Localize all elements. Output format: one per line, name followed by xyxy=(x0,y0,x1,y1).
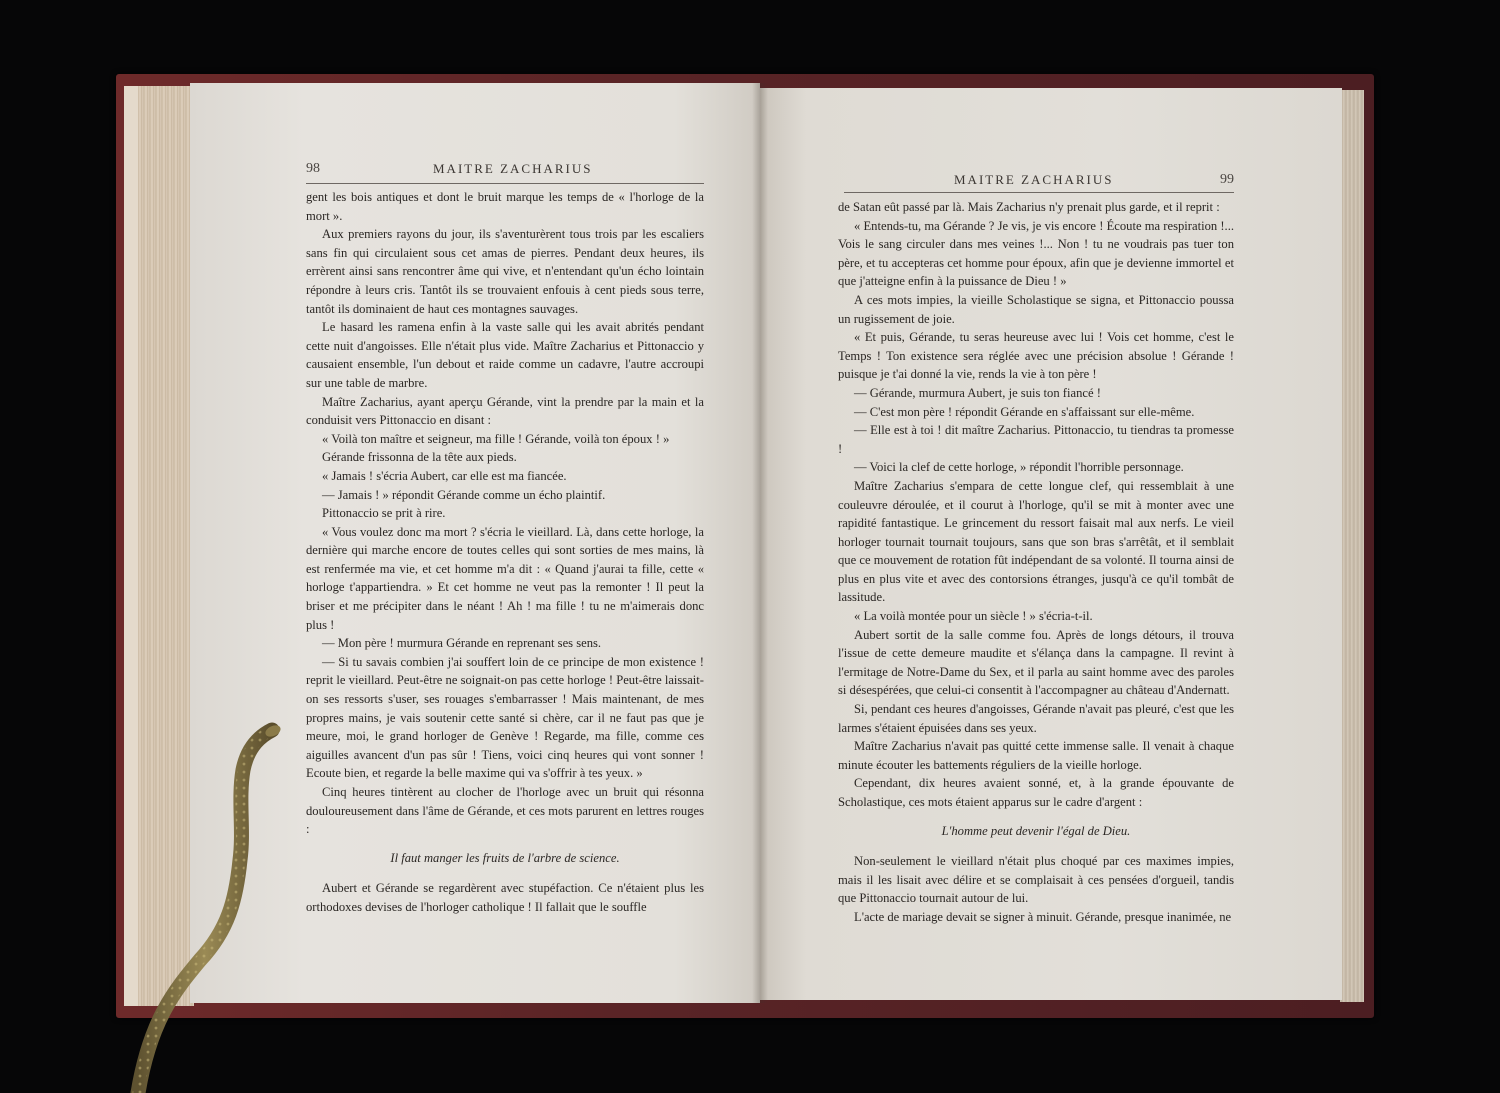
paragraph: de Satan eût passé par là. Mais Zachariu… xyxy=(838,198,1234,217)
right-page-body: de Satan eût passé par là. Mais Zachariu… xyxy=(838,198,1234,927)
paragraph: — Mon père ! murmura Gérande en reprenan… xyxy=(306,634,704,653)
left-page: 98 MAITRE ZACHARIUS gent les bois antiqu… xyxy=(190,83,760,1003)
paragraph: Non-seulement le vieillard n'était plus … xyxy=(838,852,1234,908)
paragraph: — Jamais ! » répondit Gérande comme un é… xyxy=(306,486,704,505)
book-gutter xyxy=(752,83,768,1003)
paragraph: Aubert et Gérande se regardèrent avec st… xyxy=(306,879,704,916)
paragraph: Gérande frissonna de la tête aux pieds. xyxy=(306,448,704,467)
paragraph: — Gérande, murmura Aubert, je suis ton f… xyxy=(838,384,1234,403)
right-page-number: 99 xyxy=(1220,172,1234,188)
paragraph: Aubert sortit de la salle comme fou. Apr… xyxy=(838,626,1234,700)
right-page: MAITRE ZACHARIUS 99 de Satan eût passé p… xyxy=(760,88,1342,1000)
paragraph: — Elle est à toi ! dit maître Zacharius.… xyxy=(838,421,1234,458)
right-header-rule xyxy=(844,192,1234,193)
left-page-stack xyxy=(124,86,194,1006)
paragraph: Si, pendant ces heures d'angoisses, Géra… xyxy=(838,700,1234,737)
motto-line: Il faut manger les fruits de l'arbre de … xyxy=(306,849,704,868)
paragraph: « Jamais ! s'écria Aubert, car elle est … xyxy=(306,467,704,486)
paragraph: « Et puis, Gérande, tu seras heureuse av… xyxy=(838,328,1234,384)
paragraph: Maître Zacharius s'empara de cette longu… xyxy=(838,477,1234,607)
paragraph: Maître Zacharius n'avait pas quitté cett… xyxy=(838,737,1234,774)
paragraph: Pittonaccio se prit à rire. xyxy=(306,504,704,523)
paragraph: Cinq heures tintèrent au clocher de l'ho… xyxy=(306,783,704,839)
paragraph: A ces mots impies, la vieille Scholastiq… xyxy=(838,291,1234,328)
paragraph: « La voilà montée pour un siècle ! » s'é… xyxy=(838,607,1234,626)
left-header-rule xyxy=(306,183,704,184)
paragraph: L'acte de mariage devait se signer à min… xyxy=(838,908,1234,927)
paragraph: Cependant, dix heures avaient sonné, et,… xyxy=(838,774,1234,811)
paragraph: — C'est mon père ! répondit Gérande en s… xyxy=(838,403,1234,422)
left-page-body: gent les bois antiques et dont le bruit … xyxy=(306,188,704,917)
right-running-head: MAITRE ZACHARIUS xyxy=(954,172,1113,188)
paragraph: « Vous voulez donc ma mort ? s'écria le … xyxy=(306,523,704,635)
paragraph: — Si tu savais combien j'ai souffert loi… xyxy=(306,653,704,783)
paragraph: Aux premiers rayons du jour, ils s'avent… xyxy=(306,225,704,318)
paragraph: « Voilà ton maître et seigneur, ma fille… xyxy=(306,430,704,449)
right-page-stack xyxy=(1340,90,1364,1002)
left-page-number: 98 xyxy=(306,161,320,177)
paragraph: « Entends-tu, ma Gérande ? Je vis, je vi… xyxy=(838,217,1234,291)
paragraph: Le hasard les ramena enfin à la vaste sa… xyxy=(306,318,704,392)
paragraph: Maître Zacharius, ayant aperçu Gérande, … xyxy=(306,393,704,430)
paragraph: gent les bois antiques et dont le bruit … xyxy=(306,188,704,225)
motto-line: L'homme peut devenir l'égal de Dieu. xyxy=(838,822,1234,841)
paragraph: — Voici la clef de cette horloge, » répo… xyxy=(838,458,1234,477)
left-running-head: MAITRE ZACHARIUS xyxy=(433,161,592,177)
